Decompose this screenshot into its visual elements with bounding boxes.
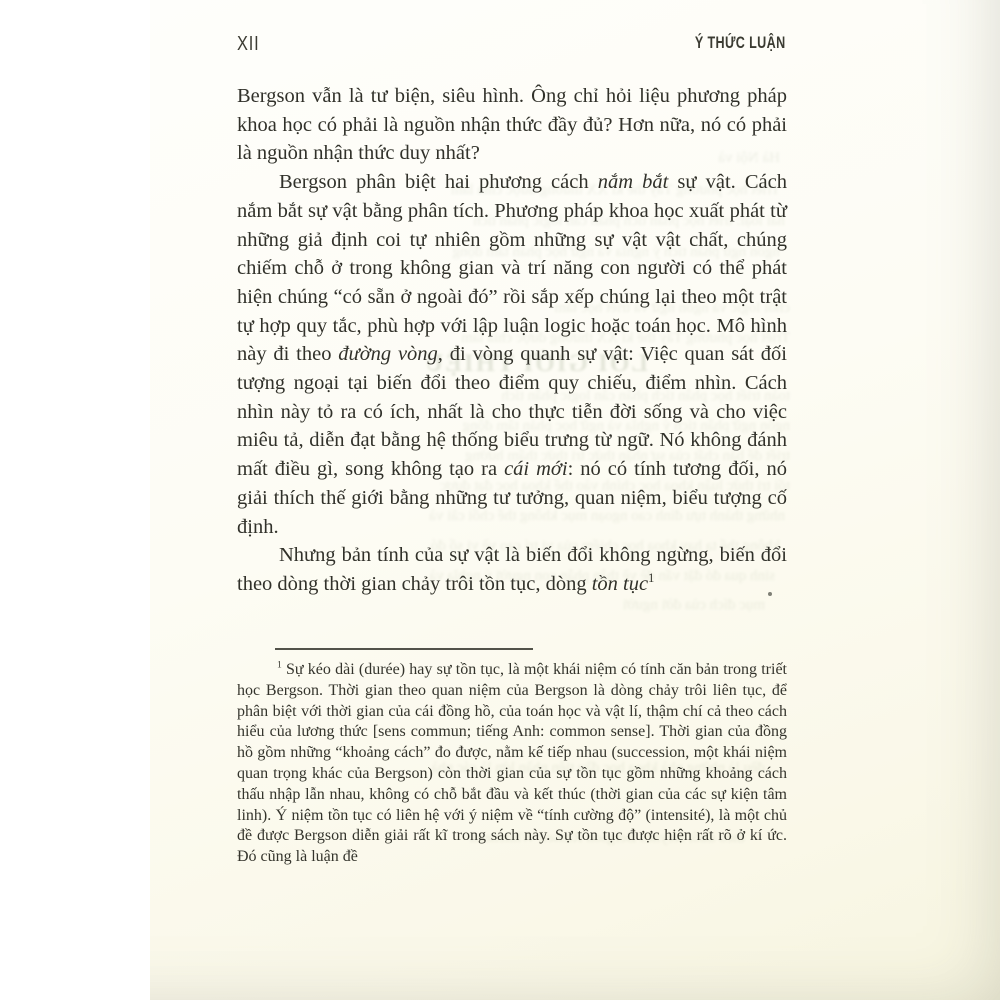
body-paragraph: Bergson vẫn là tư biện, siêu hình. Ông c…: [237, 82, 787, 168]
footnote-marker: 1: [648, 571, 654, 585]
text-run: sự vật. Cách nắm bắt sự vật bằng phân tí…: [237, 171, 787, 365]
italic-phrase: cái mới: [504, 458, 568, 480]
italic-phrase: đường vòng: [338, 343, 438, 365]
footnote-paragraph: 1 Sự kéo dài (durée) hay sự tồn tục, là …: [237, 660, 787, 868]
ink-speck: [768, 592, 772, 596]
body-paragraph: Nhưng bản tính của sự vật là biến đổi kh…: [237, 541, 787, 598]
page-header: XII Ý THỨC LUẬN: [237, 33, 786, 56]
text-run: Sự kéo dài (durée) hay sự tồn tục, là mộ…: [237, 661, 787, 865]
body-paragraph: Bergson phân biệt hai phương cách nắm bắ…: [237, 168, 787, 541]
page-number: XII: [237, 33, 260, 56]
text-run: Nhưng bản tính của sự vật là biến đổi kh…: [237, 544, 787, 595]
footnote-text: 1 Sự kéo dài (durée) hay sự tồn tục, là …: [237, 660, 787, 868]
italic-phrase: nắm bắt: [598, 171, 669, 193]
running-title: Ý THỨC LUẬN: [695, 33, 786, 53]
bleedthrough-line: mục đích của đời người: [305, 597, 765, 614]
body-text: Bergson vẫn là tư biện, siêu hình. Ông c…: [237, 82, 787, 599]
italic-phrase: tồn tục: [592, 573, 648, 595]
text-run: Bergson phân biệt hai phương cách: [279, 171, 598, 193]
screenshot-root: { "page": { "header": { "page_number": "…: [0, 0, 1000, 1000]
footnote-separator: [275, 648, 533, 650]
text-run: Bergson vẫn là tư biện, siêu hình. Ông c…: [237, 85, 787, 164]
